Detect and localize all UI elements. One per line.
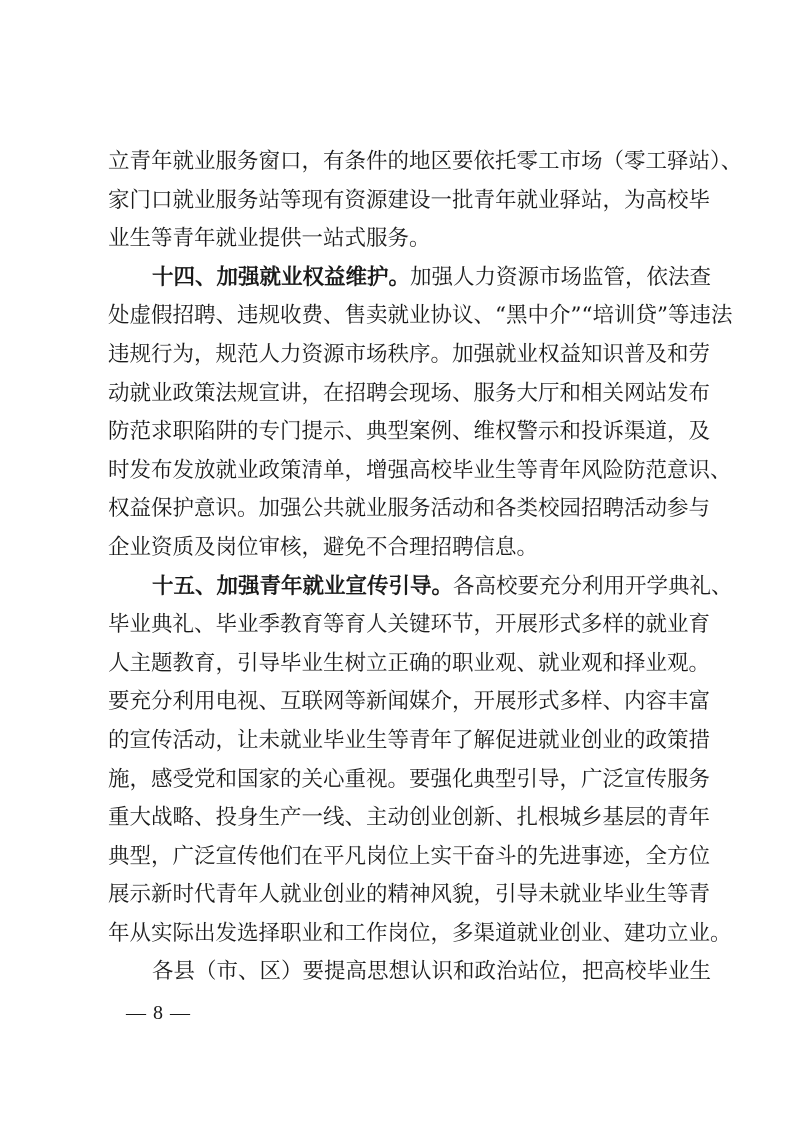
text-line: 的宣传活动，让未就业毕业生等青年了解促进就业创业的政策措: [108, 722, 696, 761]
text-line: 业生等青年就业提供一站式服务。: [108, 220, 696, 259]
text-line: 动就业政策法规宣讲，在招聘会现场、服务大厅和相关网站发布: [108, 375, 696, 414]
text-line: 毕业典礼、毕业季教育等育人关键环节，开展形式多样的就业育: [108, 606, 696, 645]
page-number: — 8 —: [126, 1002, 191, 1025]
text-line: 重大战略、投身生产一线、主动创业创新、扎根城乡基层的青年: [108, 799, 696, 838]
document-body: 立青年就业服务窗口，有条件的地区要依托零工市场（零工驿站）、 家门口就业服务站等…: [108, 143, 696, 992]
paragraph-continuation: 立青年就业服务窗口，有条件的地区要依托零工市场（零工驿站）、 家门口就业服务站等…: [108, 143, 696, 259]
text-line: 权益保护意识。加强公共就业服务活动和各类校园招聘活动参与: [108, 490, 696, 529]
section-15-heading: 十五、加强青年就业宣传引导。: [152, 574, 453, 599]
text-line: 各县（市、区）要提高思想认识和政治站位，把高校毕业生: [108, 953, 696, 992]
text-fragment: 加强人力资源市场监管，依法查: [410, 265, 711, 290]
text-line: 展示新时代青年人就业创业的精神风貌，引导未就业毕业生等青: [108, 876, 696, 915]
text-line: 人主题教育，引导毕业生树立正确的职业观、就业观和择业观。: [108, 645, 696, 684]
text-line: 处虚假招聘、违规收费、售卖就业协议、“黑中介”“培训贷”等违法: [108, 297, 696, 336]
text-line: 十五、加强青年就业宣传引导。各高校要充分利用开学典礼、: [108, 568, 696, 607]
text-line: 时发布发放就业政策清单，增强高校毕业生等青年风险防范意识、: [108, 452, 696, 491]
text-line: 施，感受党和国家的关心重视。要强化典型引导，广泛宣传服务: [108, 761, 696, 800]
text-line: 十四、加强就业权益维护。加强人力资源市场监管，依法查: [108, 259, 696, 298]
section-14-paragraph: 十四、加强就业权益维护。加强人力资源市场监管，依法查 处虚假招聘、违规收费、售卖…: [108, 259, 696, 568]
section-15-paragraph: 十五、加强青年就业宣传引导。各高校要充分利用开学典礼、 毕业典礼、毕业季教育等育…: [108, 568, 696, 954]
closing-paragraph: 各县（市、区）要提高思想认识和政治站位，把高校毕业生: [108, 953, 696, 992]
section-14-heading: 十四、加强就业权益维护。: [152, 265, 410, 290]
text-line: 立青年就业服务窗口，有条件的地区要依托零工市场（零工驿站）、: [108, 143, 696, 182]
text-line: 年从实际出发选择职业和工作岗位，多渠道就业创业、建功立业。: [108, 915, 696, 954]
text-line: 家门口就业服务站等现有资源建设一批青年就业驿站，为高校毕: [108, 182, 696, 221]
text-line: 典型，广泛宣传他们在平凡岗位上实干奋斗的先进事迹，全方位: [108, 838, 696, 877]
text-line: 企业资质及岗位审核，避免不合理招聘信息。: [108, 529, 696, 568]
text-line: 违规行为，规范人力资源市场秩序。加强就业权益知识普及和劳: [108, 336, 696, 375]
text-line: 防范求职陷阱的专门提示、典型案例、维权警示和投诉渠道，及: [108, 413, 696, 452]
text-fragment: 各高校要充分利用开学典礼、: [453, 574, 733, 599]
text-line: 要充分利用电视、互联网等新闻媒介，开展形式多样、内容丰富: [108, 683, 696, 722]
